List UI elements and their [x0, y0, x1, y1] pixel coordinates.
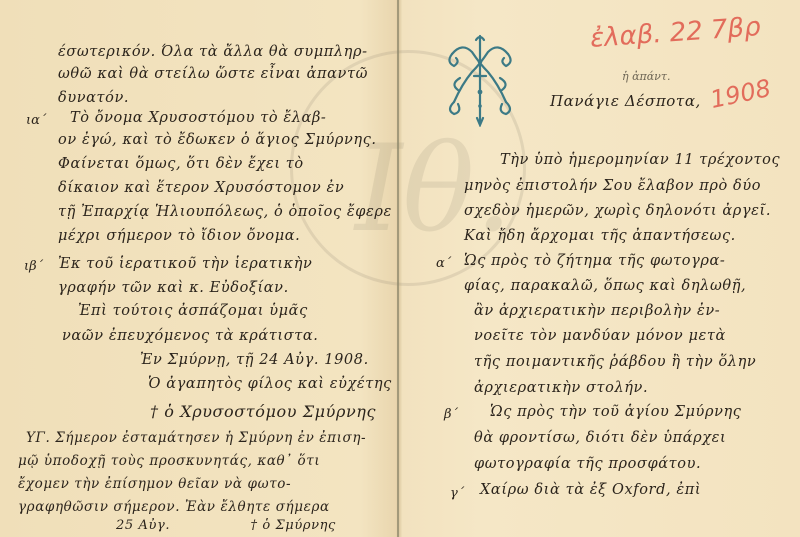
- text-line: ναῶν ἐπευχόμενος τὰ κράτιστα.: [62, 328, 318, 344]
- text-line: ωθῶ καὶ θὰ στείλω ὥστε εἶναι ἀπαντῶ: [58, 66, 368, 82]
- margin-marker: β΄: [444, 407, 458, 422]
- text-line: έσωτερικόν. Όλα τὰ ἄλλα θὰ συμπληρ-: [58, 44, 368, 60]
- text-line: δίκαιον καὶ ἕτερον Χρυσόστομον ἐν: [58, 180, 344, 196]
- monogram-icon: [440, 32, 520, 127]
- text-line: τῇ Ἐπαρχίᾳ Ἡλιουπόλεως, ὁ ὁποῖος ἔφερε: [58, 204, 392, 220]
- text-line: νοεῖτε τὸν μανδύαν μόνον μετὰ: [474, 328, 726, 344]
- postscript-line: ἔχομεν τὴν ἐπίσημον θεῖαν νὰ φωτο-: [18, 476, 291, 492]
- letter-spread: Ιθ. έσωτερικόν. Όλα τὰ ἄλλα θὰ συμπληρ- …: [0, 0, 800, 537]
- postscript-line: μῷ ὑποδοχῇ τοὺς προσκυνητάς, καθ᾽ ὅτι: [18, 453, 320, 469]
- margin-marker: α΄: [436, 256, 451, 271]
- date-line: Ἐν Σμύρνῃ, τῇ 24 Αὐγ. 1908.: [140, 352, 369, 368]
- page-fold: [397, 0, 399, 537]
- text-line: τῆς ποιμαντικῆς ῥάβδου ἢ τὴν ὅλην: [474, 354, 756, 370]
- text-line: ἂν ἀρχιερατικὴν περιβολὴν ἐν-: [474, 303, 720, 319]
- margin-marker: ια΄: [26, 113, 46, 128]
- text-line: ἀρχιερατικὴν στολήν.: [474, 380, 648, 396]
- left-page: έσωτερικόν. Όλα τὰ ἄλλα θὰ συμπληρ- ωθῶ …: [0, 0, 398, 537]
- postscript-signoff: 25 Αὐγ. † ὁ Σμύρνης: [116, 518, 336, 533]
- grey-pencil-note: ἡ ἀπάντ.: [622, 70, 670, 83]
- text-line: σχεδὸν ἡμερῶν, χωρὶς δηλονότι ἀργεῖ.: [464, 203, 771, 219]
- text-line: Φαίνεται ὅμως, ὅτι δὲν ἔχει τὸ: [58, 156, 304, 172]
- postscript-line: ΥΓ. Σήμερον ἐσταμάτησεν ἡ Σμύρνη ἐν ἐπισ…: [26, 430, 366, 446]
- red-pencil-received-note: ἐλαβ. 22 7βρ: [589, 12, 761, 54]
- text-line: Χαίρω διὰ τὰ ἐξ Oxford, ἐπὶ: [480, 482, 701, 498]
- text-line: Ἐκ τοῦ ἱερατικοῦ τὴν ἱερατικὴν: [58, 256, 312, 272]
- text-line: θὰ φροντίσω, διότι δὲν ὑπάρχει: [474, 430, 726, 446]
- text-line: Ὡς πρὸς τὴν τοῦ ἁγίου Σμύρνης: [490, 404, 742, 420]
- text-line: γραφήν τῶν καὶ κ. Εὐδοξίαν.: [58, 280, 289, 296]
- postscript-line: γραφηθῶσιν σήμερον. Ἐὰν ἔλθητε σήμερα: [18, 499, 330, 515]
- greeting: Πανάγιε Δέσποτα,: [550, 92, 701, 110]
- text-line: μέχρι σήμερον τὸ ἴδιον ὄνομα.: [58, 228, 300, 244]
- text-line: δυνατόν.: [58, 90, 129, 106]
- text-line: φωτογραφία τῆς προσφάτου.: [474, 456, 701, 472]
- text-line: ον ἐγώ, καὶ τὸ ἔδωκεν ὁ ἅγιος Σμύρνης.: [58, 132, 377, 148]
- margin-marker: ιβ΄: [24, 259, 43, 274]
- text-line: φίας, παρακαλῶ, ὅπως καὶ δηλωθῇ,: [464, 278, 746, 294]
- text-line: Ἐπὶ τούτοις ἀσπάζομαι ὑμᾶς: [78, 303, 308, 319]
- signature: † ὁ Χρυσοστόμου Σμύρνης: [150, 402, 376, 421]
- red-pencil-year-note: 1908: [708, 74, 774, 114]
- text-line: μηνὸς ἐπιστολήν Σου ἔλαβον πρὸ δύο: [464, 178, 761, 194]
- text-line: Τὴν ὑπὸ ἡμερομηνίαν 11 τρέχοντος: [500, 152, 780, 168]
- closing-line: Ὁ ἀγαπητὸς φίλος καὶ εὐχέτης: [148, 376, 392, 392]
- text-line: Ὡς πρὸς τὸ ζήτημα τῆς φωτογρα-: [464, 253, 725, 269]
- text-line: Καὶ ἤδη ἄρχομαι τῆς ἀπαντήσεως.: [464, 228, 736, 244]
- text-line: Τὸ ὄνομα Χρυσοστόμου τὸ ἔλαβ-: [70, 110, 326, 126]
- margin-marker: γ΄: [450, 486, 464, 501]
